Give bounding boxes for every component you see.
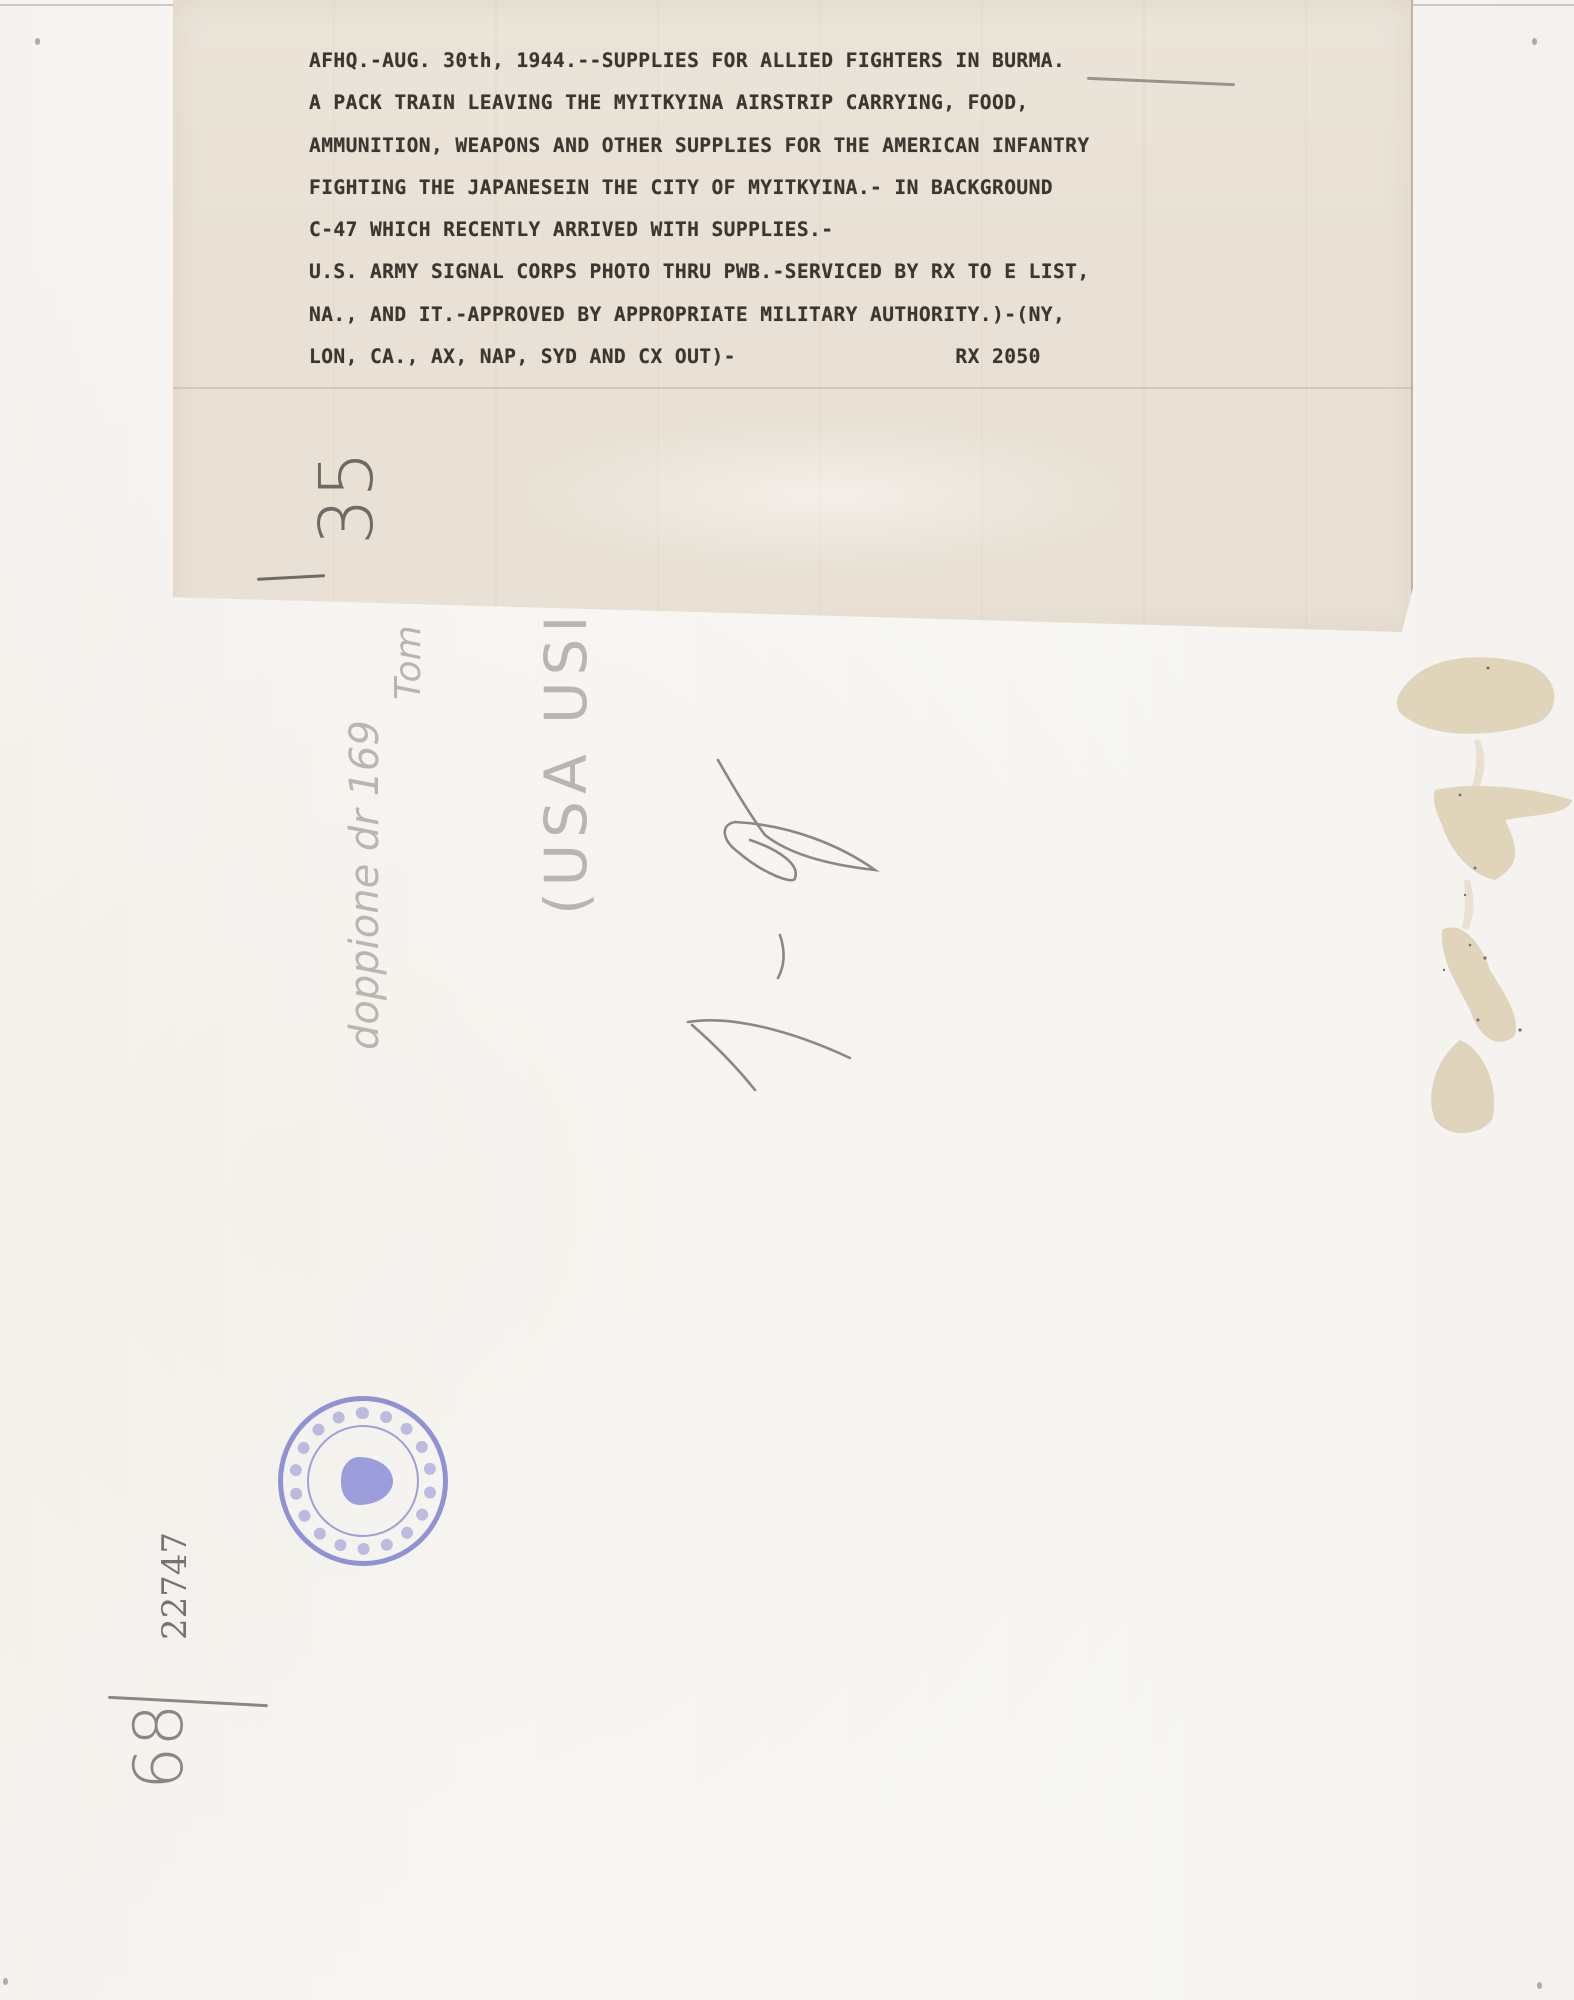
label-edge bbox=[1411, 0, 1413, 594]
handwritten-archive-number: 22747 bbox=[155, 1532, 195, 1640]
caption-line: AMMUNITION, WEAPONS AND OTHER SUPPLIES F… bbox=[309, 125, 1090, 167]
handwritten-note-2: Tom bbox=[388, 625, 429, 700]
handwritten-label-number: 35 bbox=[304, 451, 390, 545]
caption-line: C-47 WHICH RECENTLY ARRIVED WITH SUPPLIE… bbox=[309, 209, 1090, 251]
archive-stamp: circular blue ink archive stamp with cre… bbox=[278, 1396, 448, 1566]
stamp-description: circular blue ink archive stamp with cre… bbox=[283, 1401, 284, 1402]
label-fold-line bbox=[173, 387, 1413, 389]
label-smudge bbox=[513, 420, 1133, 570]
caption-line: NA., AND IT.-APPROVED BY APPROPRIATE MIL… bbox=[309, 294, 1090, 336]
caption-line: U.S. ARMY SIGNAL CORPS PHOTO THRU PWB.-S… bbox=[309, 251, 1090, 293]
handwritten-note: doppione dr 169 bbox=[342, 720, 388, 1050]
photo-back-sheet: AFHQ.-AUG. 30th, 1944.--SUPPLIES FOR ALL… bbox=[0, 0, 1574, 2000]
handwritten-country: (USA USI bbox=[532, 610, 600, 915]
handwritten-archive-prefix: 68 bbox=[120, 1703, 199, 1790]
caption-line: LON, CA., AX, NAP, SYD AND CX OUT)- RX 2… bbox=[309, 336, 1090, 378]
pin-hole-bottom-left bbox=[3, 1978, 8, 1985]
typed-caption: AFHQ.-AUG. 30th, 1944.--SUPPLIES FOR ALL… bbox=[309, 40, 1090, 378]
caption-line: FIGHTING THE JAPANESEIN THE CITY OF MYIT… bbox=[309, 167, 1090, 209]
pin-hole-bottom-right bbox=[1537, 1982, 1542, 1989]
liquid-stain bbox=[1380, 640, 1574, 1520]
caption-line: A PACK TRAIN LEAVING THE MYITKYINA AIRST… bbox=[309, 82, 1090, 124]
pin-hole-top-left bbox=[35, 38, 40, 45]
pin-hole-top-right bbox=[1532, 38, 1537, 45]
caption-line: AFHQ.-AUG. 30th, 1944.--SUPPLIES FOR ALL… bbox=[309, 40, 1090, 82]
handwritten-signature: 1-9 bbox=[640, 740, 900, 1120]
